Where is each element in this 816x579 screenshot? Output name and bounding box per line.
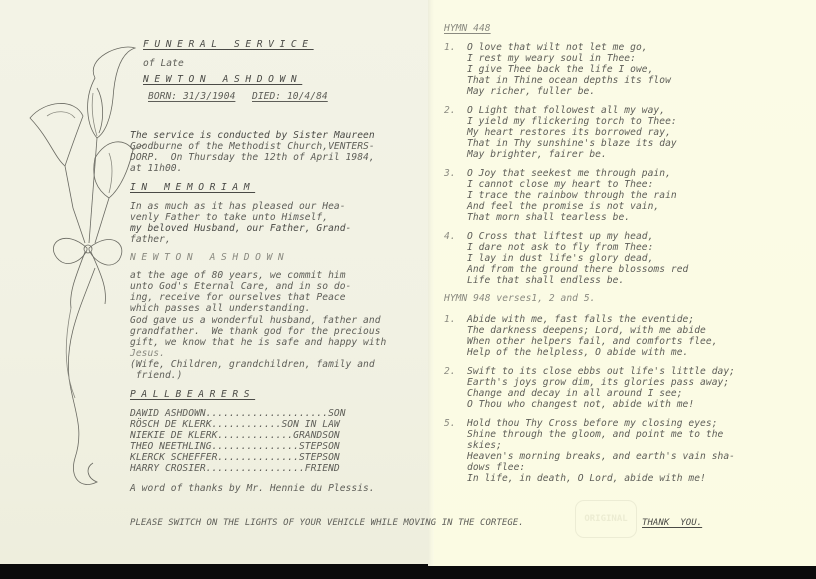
verse-line: O Thou who changest not, abide with me! <box>467 400 694 411</box>
pallbearer-row: DAWID ASHDOWN.....................SON <box>130 409 346 420</box>
page-fold <box>428 0 434 566</box>
verse-line: O love that wilt not let me go, <box>467 43 648 54</box>
verse-line: Abide with me, fast falls the eventide; <box>467 315 694 326</box>
pallbearer-row: KLERCK SCHEFFER..............STEPSON <box>130 453 340 464</box>
verse-number: 2. <box>444 367 456 378</box>
verse-line: May richer, fuller be. <box>467 87 595 98</box>
committal-line: unto God's Eternal Care, and in so do- <box>130 282 351 293</box>
committal-line: Jesus. <box>130 349 165 360</box>
verse-line: My heart restores its borrowed ray, <box>467 128 671 139</box>
committal-line: at the age of 80 years, we commit him <box>130 271 346 282</box>
calla-lily-illustration-icon <box>25 38 145 500</box>
committal-line: which passes all understanding. <box>130 304 311 315</box>
hymn-448-heading: HYMN 448 <box>444 24 491 35</box>
verse-number: 2. <box>444 106 456 117</box>
verse-number: 1. <box>444 43 456 54</box>
verse-line: Change and decay in all around I see; <box>467 389 683 400</box>
died-date: DIED: 10/4/84 <box>252 92 328 103</box>
memoriam-line: my beloved Husband, our Father, Grand- <box>130 224 351 235</box>
committal-line: friend.) <box>130 371 182 382</box>
verse-line: Life that shall endless be. <box>467 276 624 287</box>
committal-line: gift, we know that he is safe and happy … <box>130 338 386 349</box>
pallbearer-row: NIEKIE DE KLERK.............GRANDSON <box>130 431 340 442</box>
verse-line: skies; <box>467 441 502 452</box>
service-line: DORP. On Thursday the 12th of April 1984… <box>130 153 375 164</box>
pallbearers-heading: PALLBEARERS <box>130 390 255 401</box>
verse-line: May brighter, fairer be. <box>467 150 607 161</box>
pallbearer-row: HARRY CROSIER.................FRIEND <box>130 464 340 475</box>
verse-line: Heaven's morning breaks, and earth's vai… <box>467 452 735 463</box>
verse-line: O Joy that seekest me through pain, <box>467 169 671 180</box>
verse-number: 1. <box>444 315 456 326</box>
verse-line: Hold thou Thy Cross before my closing ey… <box>467 419 718 430</box>
verse-line: I cannot close my heart to Thee: <box>467 180 653 191</box>
thank-you-label: THANK YOU. <box>642 518 702 529</box>
verse-number: 5. <box>444 419 456 430</box>
memoriam-line: venly Father to take unto Himself, <box>130 213 328 224</box>
service-line: at 11h00. <box>130 164 182 175</box>
verse-line: In life, in death, O Lord, abide with me… <box>467 474 706 485</box>
pallbearer-row: THEO NEETHLING...............STEPSON <box>130 442 340 453</box>
verse-line: That in Thy sunshine's blaze its day <box>467 139 677 150</box>
pallbearer-row: RÖSCH DE KLERK............SON IN LAW <box>130 420 340 431</box>
deceased-name-repeat: NEWTON ASHDOWN <box>130 253 289 264</box>
verse-line: Help of the helpless, O abide with me. <box>467 348 688 359</box>
verse-number: 3. <box>444 169 456 180</box>
of-late-label: of Late <box>143 59 184 70</box>
verse-line: Earth's joys grow dim, its glories pass … <box>467 378 729 389</box>
committal-line: ing, receive for ourselves that Peace <box>130 293 346 304</box>
verse-number: 4. <box>444 232 456 243</box>
verse-line: The darkness deepens; Lord, with me abid… <box>467 326 706 337</box>
service-line: Goodburne of the Methodist Church,VENTER… <box>130 142 375 153</box>
deceased-name-heading: NEWTON ASHDOWN <box>143 75 302 86</box>
memoriam-line: In as much as it has pleased our Hea- <box>130 202 346 213</box>
verse-line: When other helpers fail, and comforts fl… <box>467 337 718 348</box>
verse-line: That in Thine ocean depths its flow <box>467 76 671 87</box>
funeral-service-title: FUNERAL SERVICE <box>143 40 314 51</box>
memoriam-line: father, <box>130 235 171 246</box>
verse-line: O Light that followest all my way, <box>467 106 665 117</box>
verse-line: O Cross that liftest up my head, <box>467 232 653 243</box>
verse-line: That morn shall tearless be. <box>467 213 630 224</box>
verse-line: Shine through the gloom, and point me to… <box>467 430 723 441</box>
verse-line: I give Thee back the life I owe, <box>467 65 653 76</box>
born-date: BORN: 31/3/1904 <box>148 92 235 103</box>
verse-line: And from the ground there blossoms red <box>467 265 688 276</box>
verse-line: I rest my weary soul in Thee: <box>467 54 636 65</box>
committal-line: grandfather. We thank god for the precio… <box>130 327 381 338</box>
verse-line: I dare not ask to fly from Thee: <box>467 243 653 254</box>
service-line: The service is conducted by Sister Maure… <box>130 131 375 142</box>
verse-line: I yield my flickering torch to Thee: <box>467 117 677 128</box>
faded-stamp: ORIGINAL <box>575 500 637 538</box>
in-memoriam-heading: IN MEMORIAM <box>130 183 255 194</box>
cortege-notice: PLEASE SWITCH ON THE LIGHTS OF YOUR VEHI… <box>130 518 524 529</box>
verse-line: dows flee: <box>467 463 525 474</box>
verse-line: I lay in dust life's glory dead, <box>467 254 653 265</box>
verse-line: Swift to its close ebbs out life's littl… <box>467 367 735 378</box>
verse-line: I trace the rainbow through the rain <box>467 191 677 202</box>
hymn-948-heading: HYMN 948 verses1, 2 and 5. <box>444 294 595 305</box>
verse-line: And feel the promise is not vain, <box>467 202 659 213</box>
committal-line: (Wife, Children, grandchildren, family a… <box>130 360 375 371</box>
thanks-line: A word of thanks by Mr. Hennie du Plessi… <box>130 484 375 495</box>
committal-line: God gave us a wonderful husband, father … <box>130 316 381 327</box>
